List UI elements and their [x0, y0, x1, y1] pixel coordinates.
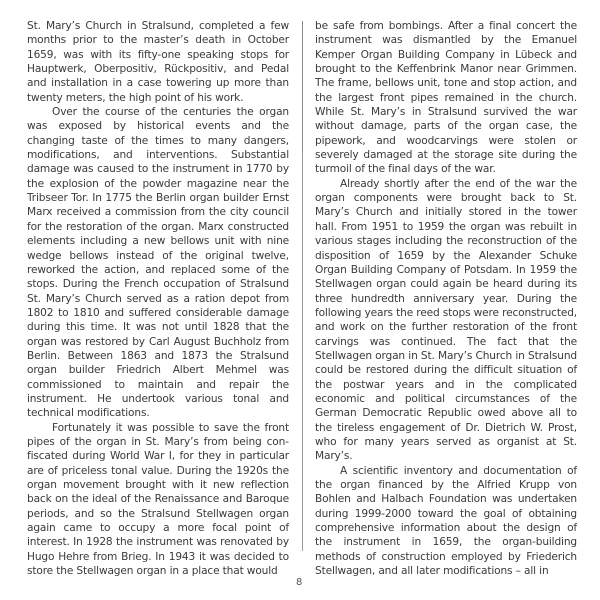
- paragraph: Fortunately it was possible to save the …: [27, 421, 289, 579]
- paragraph: be safe from bombings. After a final con…: [315, 19, 577, 177]
- column-divider: [302, 151, 303, 551]
- paragraph: Already shortly after the end of the war…: [315, 177, 577, 464]
- page-number: 8: [296, 577, 302, 588]
- paragraph: St. Mary’s Church in Stralsund, complete…: [27, 19, 289, 105]
- right-column: be safe from bombings. After a final con…: [315, 19, 577, 578]
- paragraph: A scientific inventory and documentation…: [315, 464, 577, 579]
- paragraph: Over the course of the centuries the org…: [27, 105, 289, 421]
- column-divider: [302, 21, 303, 151]
- left-column: St. Mary’s Church in Stralsund, complete…: [27, 19, 289, 578]
